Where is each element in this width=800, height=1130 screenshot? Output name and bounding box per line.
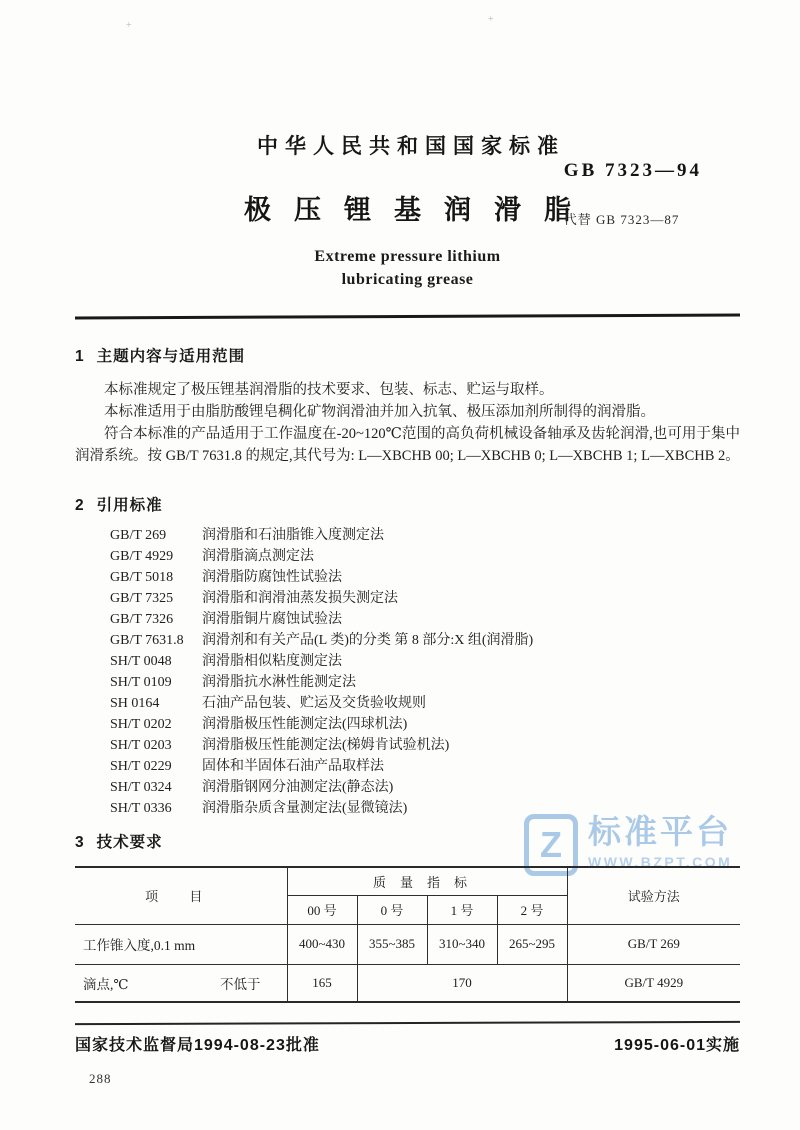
header-divider	[75, 314, 740, 320]
section2-title: 引用标准	[97, 497, 163, 514]
standard-org-line: 中华人民共和国国家标准	[75, 130, 740, 160]
reference-title: 润滑脂铜片腐蚀试验法	[202, 609, 342, 630]
section1-number: 1	[75, 348, 85, 365]
list-item: SH 0164石油产品包装、贮运及交货验收规则	[75, 693, 740, 714]
list-item: GB/T 7326润滑脂铜片腐蚀试验法	[75, 609, 740, 630]
table-header-method: 试验方法	[567, 867, 740, 924]
reference-title: 固体和半固体石油产品取样法	[202, 756, 384, 777]
reference-title: 润滑脂相似粘度测定法	[202, 651, 342, 672]
reference-title: 润滑剂和有关产品(L 类)的分类 第 8 部分:X 组(润滑脂)	[202, 630, 533, 651]
document-page: Z 标准平台 WWW.BZPT.COM + + 中华人民共和国国家标准 极压锂基…	[0, 0, 800, 1130]
reference-title: 润滑脂和石油脂锥入度测定法	[202, 525, 384, 546]
reference-title: 润滑脂钢网分油测定法(静态法)	[202, 777, 393, 798]
watermark-brand: 标准平台	[588, 814, 732, 850]
reference-title: 润滑脂杂质含量测定法(显微镜法)	[202, 798, 407, 819]
reference-code: SH/T 0336	[110, 798, 202, 819]
list-item: GB/T 4929润滑脂滴点测定法	[75, 546, 740, 567]
page-number: 288	[75, 1071, 740, 1087]
approval-note: 国家技术监督局1994-08-23批准	[75, 1032, 320, 1055]
spec-table: 项 目 质量指标 试验方法 00 号 0 号 1 号 2 号 工作锥入度,0.1…	[75, 866, 740, 1003]
table-cell-value: 355~385	[357, 924, 427, 964]
item-qualifier: 不低于	[220, 973, 261, 993]
reference-code: SH/T 0324	[110, 777, 202, 798]
item-name: 滴点,℃	[83, 973, 128, 993]
footer-divider	[75, 1021, 740, 1025]
list-item: GB/T 7325润滑脂和润滑油蒸发损失测定法	[75, 588, 740, 609]
reference-list: GB/T 269润滑脂和石油脂锥入度测定法 GB/T 4929润滑脂滴点测定法 …	[75, 525, 740, 819]
reference-title: 润滑脂抗水淋性能测定法	[202, 672, 356, 693]
list-item: GB/T 7631.8润滑剂和有关产品(L 类)的分类 第 8 部分:X 组(润…	[75, 630, 740, 651]
effective-note: 1995-06-01实施	[614, 1032, 740, 1055]
reference-code: GB/T 7631.8	[110, 630, 202, 651]
reference-title: 润滑脂极压性能测定法(梯姆肯试验机法)	[202, 735, 449, 756]
list-item: SH/T 0203润滑脂极压性能测定法(梯姆肯试验机法)	[75, 735, 740, 756]
reference-title: 润滑脂和润滑油蒸发损失测定法	[202, 588, 398, 609]
section2-heading: 2引用标准	[75, 493, 740, 515]
list-item: SH/T 0109润滑脂抗水淋性能测定法	[75, 672, 740, 693]
reference-code: SH/T 0048	[110, 651, 202, 672]
section3-title: 技术要求	[97, 834, 163, 851]
reference-code: SH 0164	[110, 693, 202, 714]
table-header-grade: 1 号	[427, 895, 497, 924]
reference-code: GB/T 7326	[110, 609, 202, 630]
reference-code: GB/T 269	[110, 525, 202, 546]
section1-title: 主题内容与适用范围	[97, 348, 246, 365]
list-item: SH/T 0202润滑脂极压性能测定法(四球机法)	[75, 714, 740, 735]
table-cell-item: 滴点,℃ 不低于	[75, 964, 287, 1002]
list-item: GB/T 269润滑脂和石油脂锥入度测定法	[75, 525, 740, 546]
table-header-item: 项 目	[75, 867, 287, 924]
standard-number-block: GB 7323—94 代替 GB 7323—87	[564, 160, 702, 228]
paragraph: 本标准适用于由脂肪酸锂皂稠化矿物润滑油并加入抗氧、极压添加剂所制得的润滑脂。	[75, 401, 740, 423]
table-cell-value: 265~295	[497, 924, 567, 964]
reference-code: SH/T 0203	[110, 735, 202, 756]
reference-code: GB/T 4929	[110, 546, 202, 567]
title-english: Extreme pressure lithium lubricating gre…	[75, 245, 740, 291]
table-header-grade: 2 号	[497, 895, 567, 924]
section2-number: 2	[75, 497, 85, 514]
list-item: GB/T 5018润滑脂防腐蚀性试验法	[75, 567, 740, 588]
section1-heading: 1主题内容与适用范围	[75, 344, 740, 366]
reference-title: 润滑脂防腐蚀性试验法	[202, 567, 342, 588]
table-cell-value-merged: 170	[357, 964, 567, 1002]
table-cell-value: 310~340	[427, 924, 497, 964]
paragraph: 符合本标准的产品适用于工作温度在-20~120℃范围的高负荷机械设备轴承及齿轮润…	[75, 423, 740, 467]
list-item: SH/T 0229固体和半固体石油产品取样法	[75, 756, 740, 777]
list-item: SH/T 0048润滑脂相似粘度测定法	[75, 651, 740, 672]
table-row: 滴点,℃ 不低于 165 170 GB/T 4929	[75, 964, 740, 1002]
list-item: SH/T 0324润滑脂钢网分油测定法(静态法)	[75, 777, 740, 798]
title-english-line2: lubricating grease	[75, 268, 740, 291]
reference-code: GB/T 5018	[110, 567, 202, 588]
reference-title: 润滑脂滴点测定法	[202, 546, 314, 567]
table-header-grade: 00 号	[287, 895, 357, 924]
replaces-note: 代替 GB 7323—87	[564, 209, 702, 228]
document-header: 中华人民共和国国家标准 极压锂基润滑脂 Extreme pressure lit…	[75, 0, 740, 291]
section3-number: 3	[75, 834, 85, 851]
title-english-line1: Extreme pressure lithium	[75, 245, 740, 268]
table-row: 工作锥入度,0.1 mm 400~430 355~385 310~340 265…	[75, 924, 740, 964]
table-cell-method: GB/T 4929	[567, 964, 740, 1002]
section1-body: 本标准规定了极压锂基润滑脂的技术要求、包装、标志、贮运与取样。 本标准适用于由脂…	[75, 379, 740, 467]
table-cell-value: 400~430	[287, 924, 357, 964]
table-header-quality: 质量指标	[287, 867, 567, 895]
reference-title: 润滑脂极压性能测定法(四球机法)	[202, 714, 407, 735]
reference-code: SH/T 0109	[110, 672, 202, 693]
table-header-grade: 0 号	[357, 895, 427, 924]
table-cell-method: GB/T 269	[567, 924, 740, 964]
paragraph: 本标准规定了极压锂基润滑脂的技术要求、包装、标志、贮运与取样。	[75, 379, 740, 401]
reference-code: SH/T 0202	[110, 714, 202, 735]
table-cell-value: 165	[287, 964, 357, 1002]
reference-code: SH/T 0229	[110, 756, 202, 777]
reference-title: 石油产品包装、贮运及交货验收规则	[202, 693, 426, 714]
table-cell-item: 工作锥入度,0.1 mm	[75, 924, 287, 964]
standard-number: GB 7323—94	[564, 160, 702, 182]
reference-code: GB/T 7325	[110, 588, 202, 609]
